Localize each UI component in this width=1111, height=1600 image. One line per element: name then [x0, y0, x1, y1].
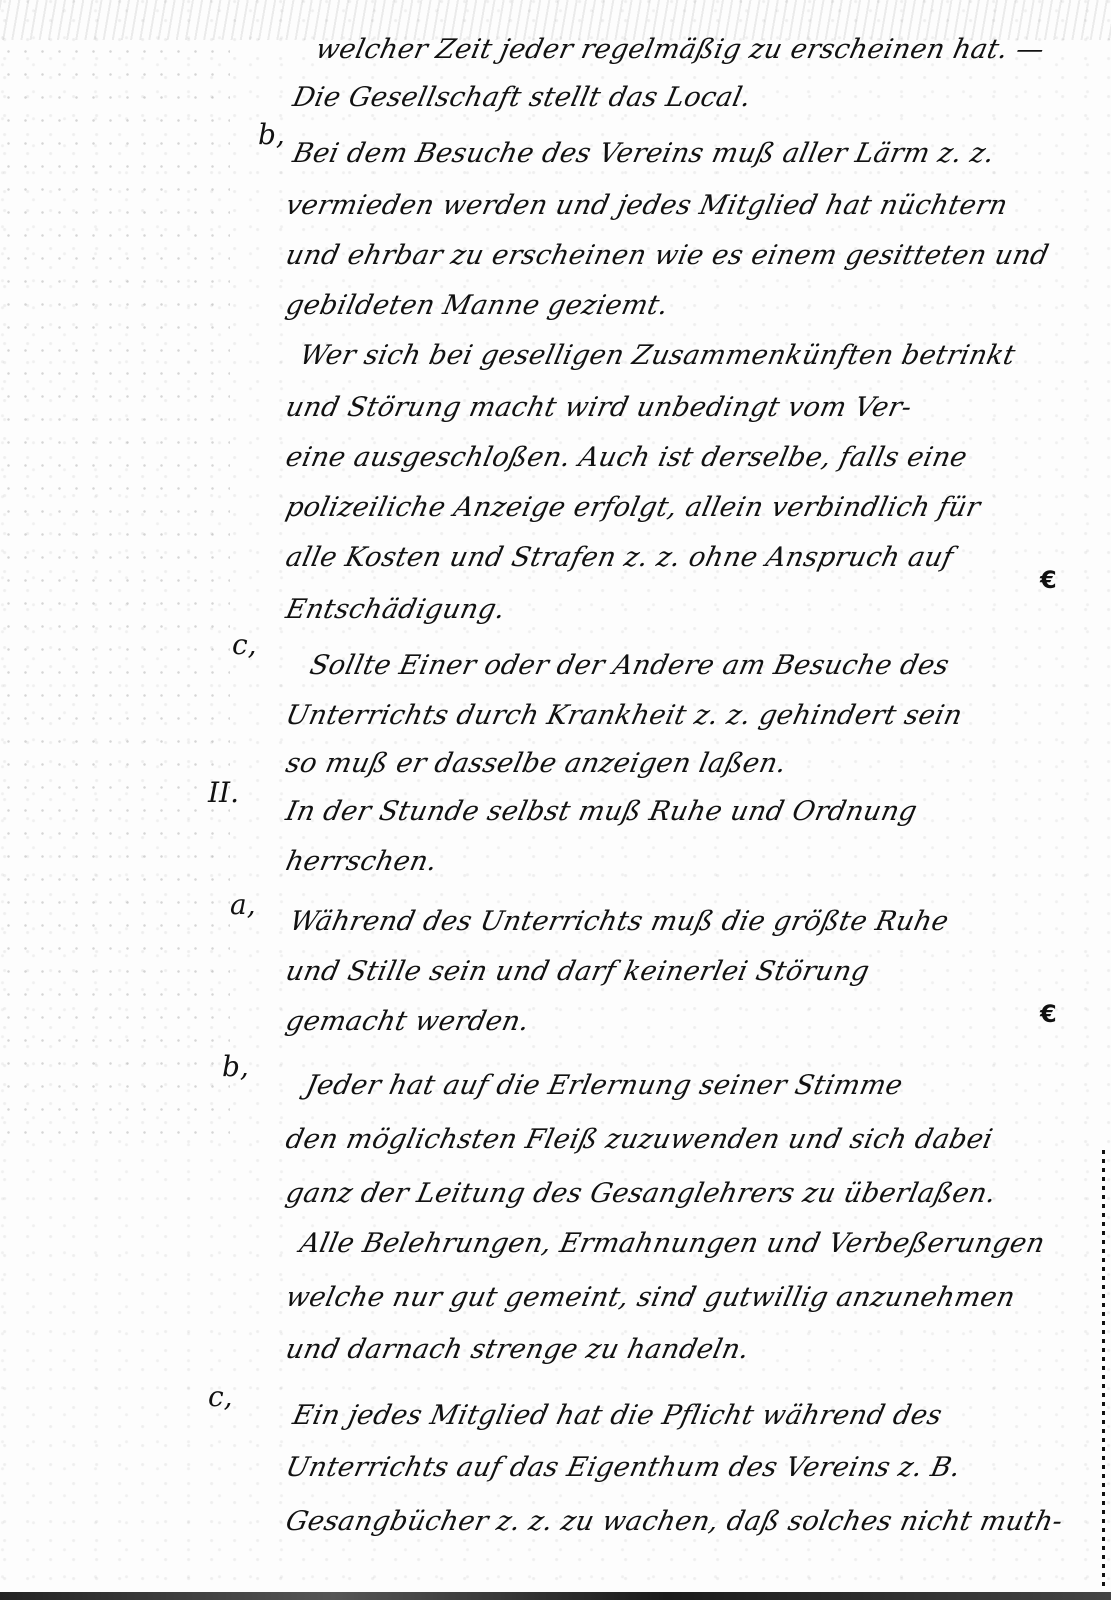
text-line: In der Stunde selbst muß Ruhe und Ordnun…: [283, 796, 920, 827]
section-label: c,: [232, 628, 257, 661]
text-line: gebildeten Manne geziemt.: [283, 290, 671, 321]
scan-noise-left-margin: [0, 40, 230, 1140]
text-line: welche nur gut gemeint, sind gutwillig a…: [283, 1282, 1018, 1313]
text-line: Entschädigung.: [283, 594, 508, 625]
text-line: und Stille sein und darf keinerlei Störu…: [283, 956, 872, 987]
text-line: polizeiliche Anzeige erfolgt, allein ver…: [283, 492, 983, 523]
text-line: Die Gesellschaft stellt das Local.: [290, 82, 754, 113]
text-line: herrschen.: [283, 846, 440, 877]
text-line: Gesangbücher z. z. zu wachen, daß solche…: [283, 1506, 1066, 1537]
text-line: Jeder hat auf die Erlernung seiner Stimm…: [303, 1070, 906, 1101]
section-label: c,: [208, 1380, 233, 1413]
text-line: Alle Belehrungen, Ermahnungen und Verbeß…: [297, 1228, 1048, 1259]
text-line: welcher Zeit jeder regelmäßig zu erschei…: [313, 34, 1047, 65]
text-line: ganz der Leitung des Gesanglehrers zu üb…: [283, 1178, 999, 1209]
page-edge-right: [1102, 1150, 1105, 1590]
section-label: b,: [258, 118, 285, 151]
text-line: Unterrichts auf das Eigenthum des Verein…: [283, 1452, 963, 1483]
text-line: Ein jedes Mitglied hat die Pflicht währe…: [290, 1400, 945, 1431]
text-line: vermieden werden und jedes Mitglied hat …: [283, 190, 1010, 221]
scan-edge-bottom: [0, 1592, 1111, 1600]
text-line: und ehrbar zu erscheinen wie es einem ge…: [283, 240, 1052, 271]
text-line: Sollte Einer oder der Andere am Besuche …: [307, 650, 952, 681]
text-line: den möglichsten Fleiß zuzuwenden und sic…: [283, 1124, 996, 1155]
text-line: so muß er dasselbe anzeigen laßen.: [283, 748, 789, 779]
text-line: alle Kosten und Strafen z. z. ohne Anspr…: [283, 542, 956, 573]
text-line: und darnach strenge zu handeln.: [283, 1334, 752, 1365]
section-label: II.: [208, 776, 239, 809]
margin-mark-icon: €: [1040, 1000, 1057, 1028]
text-line: gemacht werden.: [283, 1006, 532, 1037]
text-line: eine ausgeschloßen. Auch ist derselbe, f…: [283, 442, 970, 473]
text-line: Bei dem Besuche des Vereins muß aller Lä…: [290, 138, 997, 169]
text-line: Wer sich bei geselligen Zusammenkünften …: [297, 340, 1018, 371]
text-line: Während des Unterrichts muß die größte R…: [287, 906, 952, 937]
section-label: a,: [230, 888, 256, 921]
text-line: Unterrichts durch Krankheit z. z. gehind…: [283, 700, 965, 731]
section-label: b,: [222, 1050, 249, 1083]
manuscript-page: b,c,II.a,b,c, welcher Zeit jeder regelmä…: [0, 0, 1111, 1600]
margin-mark-icon: €: [1040, 566, 1057, 594]
text-line: und Störung macht wird unbedingt vom Ver…: [283, 392, 915, 423]
